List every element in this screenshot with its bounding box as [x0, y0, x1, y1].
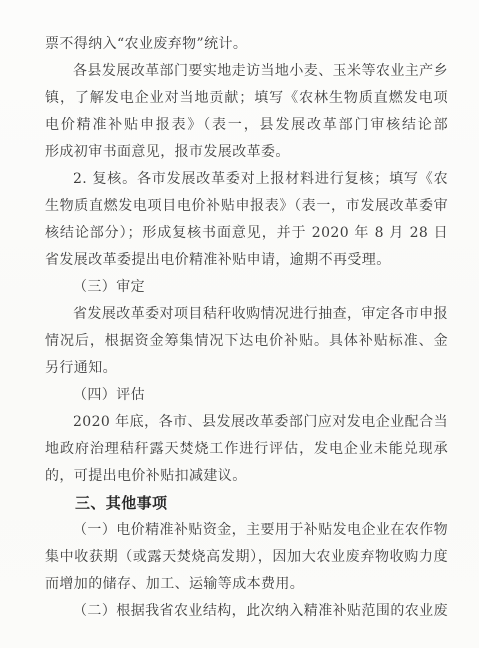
text-line: 形成初审书面意见，报市发展改革委。 — [45, 139, 448, 166]
text-line: 而增加的储存、加工、运输等成本费用。 — [45, 571, 448, 598]
text-line: （四）评估 — [45, 382, 448, 409]
text-line: 的，可提出电价补贴扣减建议。 — [45, 463, 448, 490]
paragraph: 票不得纳入“农业废弃物”统计。 — [45, 31, 448, 58]
text-line: 集中收获期（或露天焚烧高发期），因加大农业废弃物收购力度 — [45, 544, 448, 571]
text-line: 各县发展改革部门要实地走访当地小麦、玉米等农业主产乡 — [45, 58, 448, 85]
section-heading-line: 三、其他事项 — [45, 490, 448, 517]
section-heading: 三、其他事项 — [45, 490, 448, 517]
text-line: 2. 复核。各市发展改革委对上报材料进行复核；填写《农林 — [45, 166, 448, 193]
text-line: 情况后，根据资金筹集情况下达电价补贴。具体补贴标准、金额 — [45, 328, 448, 355]
text-line: 省发展改革委提出电价精准补贴申请，逾期不再受理。 — [45, 247, 448, 274]
text-line: 票不得纳入“农业废弃物”统计。 — [45, 31, 448, 58]
paragraph: 省发展改革委对项目秸秆收购情况进行抽查，审定各市申报情况后，根据资金筹集情况下达… — [45, 301, 448, 382]
text-line: 电价精准补贴申报表》（表一，县发展改革部门审核结论部分）； — [45, 112, 448, 139]
paragraph: （二）根据我省农业结构，此次纳入精准补贴范围的农业废 — [45, 598, 448, 625]
document-body: 票不得纳入“农业废弃物”统计。各县发展改革部门要实地走访当地小麦、玉米等农业主产… — [45, 31, 448, 625]
document-page: 票不得纳入“农业废弃物”统计。各县发展改革部门要实地走访当地小麦、玉米等农业主产… — [0, 0, 479, 648]
text-line: 另行通知。 — [45, 355, 448, 382]
text-line: （二）根据我省农业结构，此次纳入精准补贴范围的农业废 — [45, 598, 448, 625]
text-line: 2020 年底，各市、县发展改革委部门应对发电企业配合当 — [45, 409, 448, 436]
text-line: （一）电价精准补贴资金，主要用于补贴发电企业在农作物 — [45, 517, 448, 544]
text-line: 核结论部分）；形成复核书面意见，并于 2020 年 8 月 28 日前向 — [45, 220, 448, 247]
paragraph: 各县发展改革部门要实地走访当地小麦、玉米等农业主产乡镇，了解发电企业对当地贡献；… — [45, 58, 448, 166]
paragraph: 2. 复核。各市发展改革委对上报材料进行复核；填写《农林生物质直燃发电项目电价补… — [45, 166, 448, 274]
text-line: （三）审定 — [45, 274, 448, 301]
text-line: 镇，了解发电企业对当地贡献；填写《农林生物质直燃发电项目 — [45, 85, 448, 112]
paragraph: （四）评估 — [45, 382, 448, 409]
text-line: 地政府治理秸秆露天焚烧工作进行评估，发电企业未能兑现承诺 — [45, 436, 448, 463]
paragraph: （一）电价精准补贴资金，主要用于补贴发电企业在农作物集中收获期（或露天焚烧高发期… — [45, 517, 448, 598]
text-line: 生物质直燃发电项目电价补贴申报表》（表一，市发展改革委审 — [45, 193, 448, 220]
text-line: 省发展改革委对项目秸秆收购情况进行抽查，审定各市申报 — [45, 301, 448, 328]
paragraph: （三）审定 — [45, 274, 448, 301]
paragraph: 2020 年底，各市、县发展改革委部门应对发电企业配合当地政府治理秸秆露天焚烧工… — [45, 409, 448, 490]
